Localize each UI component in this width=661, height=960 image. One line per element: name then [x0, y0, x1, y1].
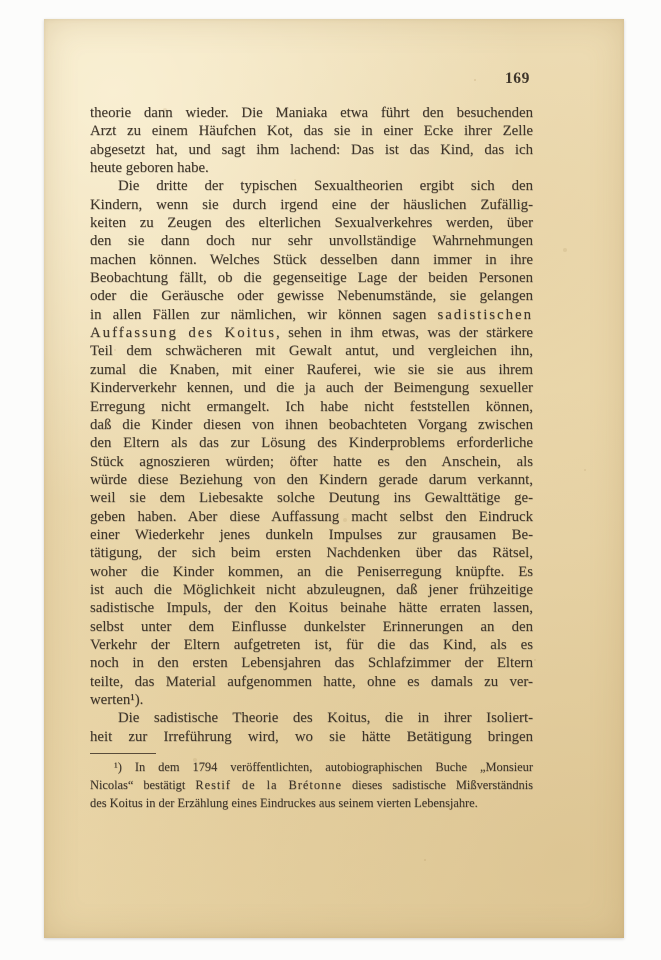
- text-line: heit zur Irreführung wird, wo sie hätte …: [90, 728, 533, 746]
- text-line: ¹) In dem 1794 veröffentlichten, autobio…: [90, 759, 533, 777]
- text-segment: woher die Kinder kommen, an die Peniserr…: [90, 564, 533, 580]
- text-segment: tätigung, der sich beim ersten Nachdenke…: [90, 545, 533, 561]
- text-segment: heute geboren habe.: [90, 160, 209, 176]
- text-segment: machen können. Welches Stück desselben d…: [90, 252, 533, 268]
- text-segment: , sehen in ihm etwas, was der stärkere: [276, 325, 533, 341]
- text-segment: zumal die Knaben, mit einer Rauferei, wi…: [90, 362, 533, 378]
- text-line: werten¹).: [90, 691, 533, 709]
- text-segment: weil sie dem Liebesakte solche Deutung i…: [90, 490, 533, 506]
- text-line: würde diese Beziehung von den Kindern ge…: [90, 471, 533, 489]
- text-segment: ¹) In dem 1794 veröffentlichten, autobio…: [114, 760, 533, 774]
- text-line: ist auch die Möglichkeit nicht abzuleugn…: [90, 581, 533, 599]
- text-segment: Teil dem schwächeren mit Gewalt antut, u…: [90, 343, 533, 359]
- text-line: zumal die Knaben, mit einer Rauferei, wi…: [90, 361, 533, 379]
- text-segment: den sie dann doch nur sehr unvollständig…: [90, 233, 533, 249]
- text-segment: selbst unter dem Einflusse dunkelster Er…: [90, 619, 533, 635]
- text-line: oder die Geräusche oder gewisse Nebenums…: [90, 287, 533, 305]
- text-segment: Kindern, wenn sie durch irgend eine der …: [90, 197, 533, 213]
- text-line: Kinderverkehr kennen, und die ja auch de…: [90, 379, 533, 397]
- text-segment: daß die Kinder diesen von ihnen beobacht…: [90, 417, 533, 433]
- spaced-emphasis: Restif de la Brétonne: [195, 778, 342, 792]
- text-line: geben haben. Aber diese Auffassung macht…: [90, 508, 533, 526]
- text-line: Die sadistische Theorie des Koitus, die …: [90, 709, 533, 727]
- text-line: sadistische Impuls, der den Koitus beina…: [90, 599, 533, 617]
- text-line: teilte, das Material aufgenommen hatte, …: [90, 673, 533, 691]
- text-segment: dieses sadistische Mißverständnis: [342, 778, 533, 792]
- text-segment: heit zur Irreführung wird, wo sie hätte …: [90, 729, 533, 745]
- text-segment: in allen Fällen zur nämlichen, wir könne…: [90, 307, 437, 323]
- text-segment: Die sadistische Theorie des Koitus, die …: [118, 710, 533, 726]
- footnote-rule: [90, 753, 156, 754]
- text-line: noch in den ersten Lebensjahren das Schl…: [90, 654, 533, 672]
- text-segment: noch in den ersten Lebensjahren das Schl…: [90, 655, 533, 671]
- text-segment: würde diese Beziehung von den Kindern ge…: [90, 472, 533, 488]
- text-line: woher die Kinder kommen, an die Peniserr…: [90, 563, 533, 581]
- text-line: Auffassung des Koitus, sehen in ihm etwa…: [90, 324, 533, 342]
- text-line: Die dritte der typischen Sexualtheorien …: [90, 177, 533, 195]
- text-segment: Kinderverkehr kennen, und die ja auch de…: [90, 380, 533, 396]
- text-line: theorie dann wieder. Die Maniaka etwa fü…: [90, 104, 533, 122]
- text-line: Verkehr der Eltern aufgetreten ist, für …: [90, 636, 533, 654]
- text-line: daß die Kinder diesen von ihnen beobacht…: [90, 416, 533, 434]
- text-line: einer Wiederkehr jenes dunkeln Impulses …: [90, 526, 533, 544]
- text-segment: Nicolas“ bestätigt: [90, 778, 195, 792]
- text-segment: Stück agnoszieren würden; öfter hatte es…: [90, 454, 533, 470]
- paragraph: Die sadistische Theorie des Koitus, die …: [90, 709, 533, 746]
- text-line: selbst unter dem Einflusse dunkelster Er…: [90, 618, 533, 636]
- text-segment: Erregung nicht ermangelt. Ich habe nicht…: [90, 399, 533, 415]
- text-segment: sadistische Impuls, der den Koitus beina…: [90, 600, 533, 616]
- text-line: den sie dann doch nur sehr unvollständig…: [90, 232, 533, 250]
- text-line: weil sie dem Liebesakte solche Deutung i…: [90, 489, 533, 507]
- text-segment: des Koitus in der Erzählung eines Eindru…: [90, 796, 478, 810]
- scan-background: { "page": { "number": "169" }, "colors":…: [0, 0, 661, 960]
- text-segment: den Eltern als das zur Lösung des Kinder…: [90, 435, 533, 451]
- text-line: Teil dem schwächeren mit Gewalt antut, u…: [90, 342, 533, 360]
- text-line: Erregung nicht ermangelt. Ich habe nicht…: [90, 398, 533, 416]
- text-line: Arzt zu einem Häufchen Kot, das sie in e…: [90, 122, 533, 140]
- text-line: in allen Fällen zur nämlichen, wir könne…: [90, 306, 533, 324]
- text-segment: geben haben. Aber diese Auffassung macht…: [90, 509, 533, 525]
- text-line: des Koitus in der Erzählung eines Eindru…: [90, 795, 533, 813]
- text-segment: einer Wiederkehr jenes dunkeln Impulses …: [90, 527, 533, 543]
- text-segment: ist auch die Möglichkeit nicht abzuleugn…: [90, 582, 533, 598]
- text-segment: Beobachtung fällt, ob die gegenseitige L…: [90, 270, 533, 286]
- text-segment: abgesetzt hat, und sagt ihm lachend: Das…: [90, 142, 533, 158]
- text-segment: teilte, das Material aufgenommen hatte, …: [90, 674, 533, 690]
- text-segment: werten¹).: [90, 692, 143, 708]
- spaced-emphasis: Auffassung des Koitus: [90, 325, 276, 341]
- text-line: Kindern, wenn sie durch irgend eine der …: [90, 196, 533, 214]
- text-segment: Arzt zu einem Häufchen Kot, das sie in e…: [90, 123, 533, 139]
- spaced-emphasis: sadistischen: [437, 307, 533, 323]
- text-segment: Verkehr der Eltern aufgetreten ist, für …: [90, 637, 533, 653]
- main-text: theorie dann wieder. Die Maniaka etwa fü…: [90, 104, 533, 746]
- text-line: abgesetzt hat, und sagt ihm lachend: Das…: [90, 141, 533, 159]
- text-line: Beobachtung fällt, ob die gegenseitige L…: [90, 269, 533, 287]
- book-page: 169 theorie dann wieder. Die Maniaka etw…: [44, 19, 624, 938]
- text-line: heute geboren habe.: [90, 159, 533, 177]
- text-line: Stück agnoszieren würden; öfter hatte es…: [90, 453, 533, 471]
- text-segment: theorie dann wieder. Die Maniaka etwa fü…: [90, 105, 533, 121]
- page-number: 169: [505, 70, 530, 88]
- paragraph: theorie dann wieder. Die Maniaka etwa fü…: [90, 104, 533, 177]
- text-line: den Eltern als das zur Lösung des Kinder…: [90, 434, 533, 452]
- text-segment: oder die Geräusche oder gewisse Nebenums…: [90, 288, 533, 304]
- footnote: ¹) In dem 1794 veröffentlichten, autobio…: [90, 759, 533, 812]
- text-segment: keiten zu Zeugen des elterlichen Sexualv…: [90, 215, 533, 231]
- text-line: machen können. Welches Stück desselben d…: [90, 251, 533, 269]
- text-segment: Die dritte der typischen Sexualtheorien …: [118, 178, 533, 194]
- text-line: keiten zu Zeugen des elterlichen Sexualv…: [90, 214, 533, 232]
- text-block: theorie dann wieder. Die Maniaka etwa fü…: [90, 104, 533, 812]
- text-line: Nicolas“ bestätigt Restif de la Brétonne…: [90, 777, 533, 795]
- text-line: tätigung, der sich beim ersten Nachdenke…: [90, 544, 533, 562]
- paragraph: Die dritte der typischen Sexualtheorien …: [90, 177, 533, 709]
